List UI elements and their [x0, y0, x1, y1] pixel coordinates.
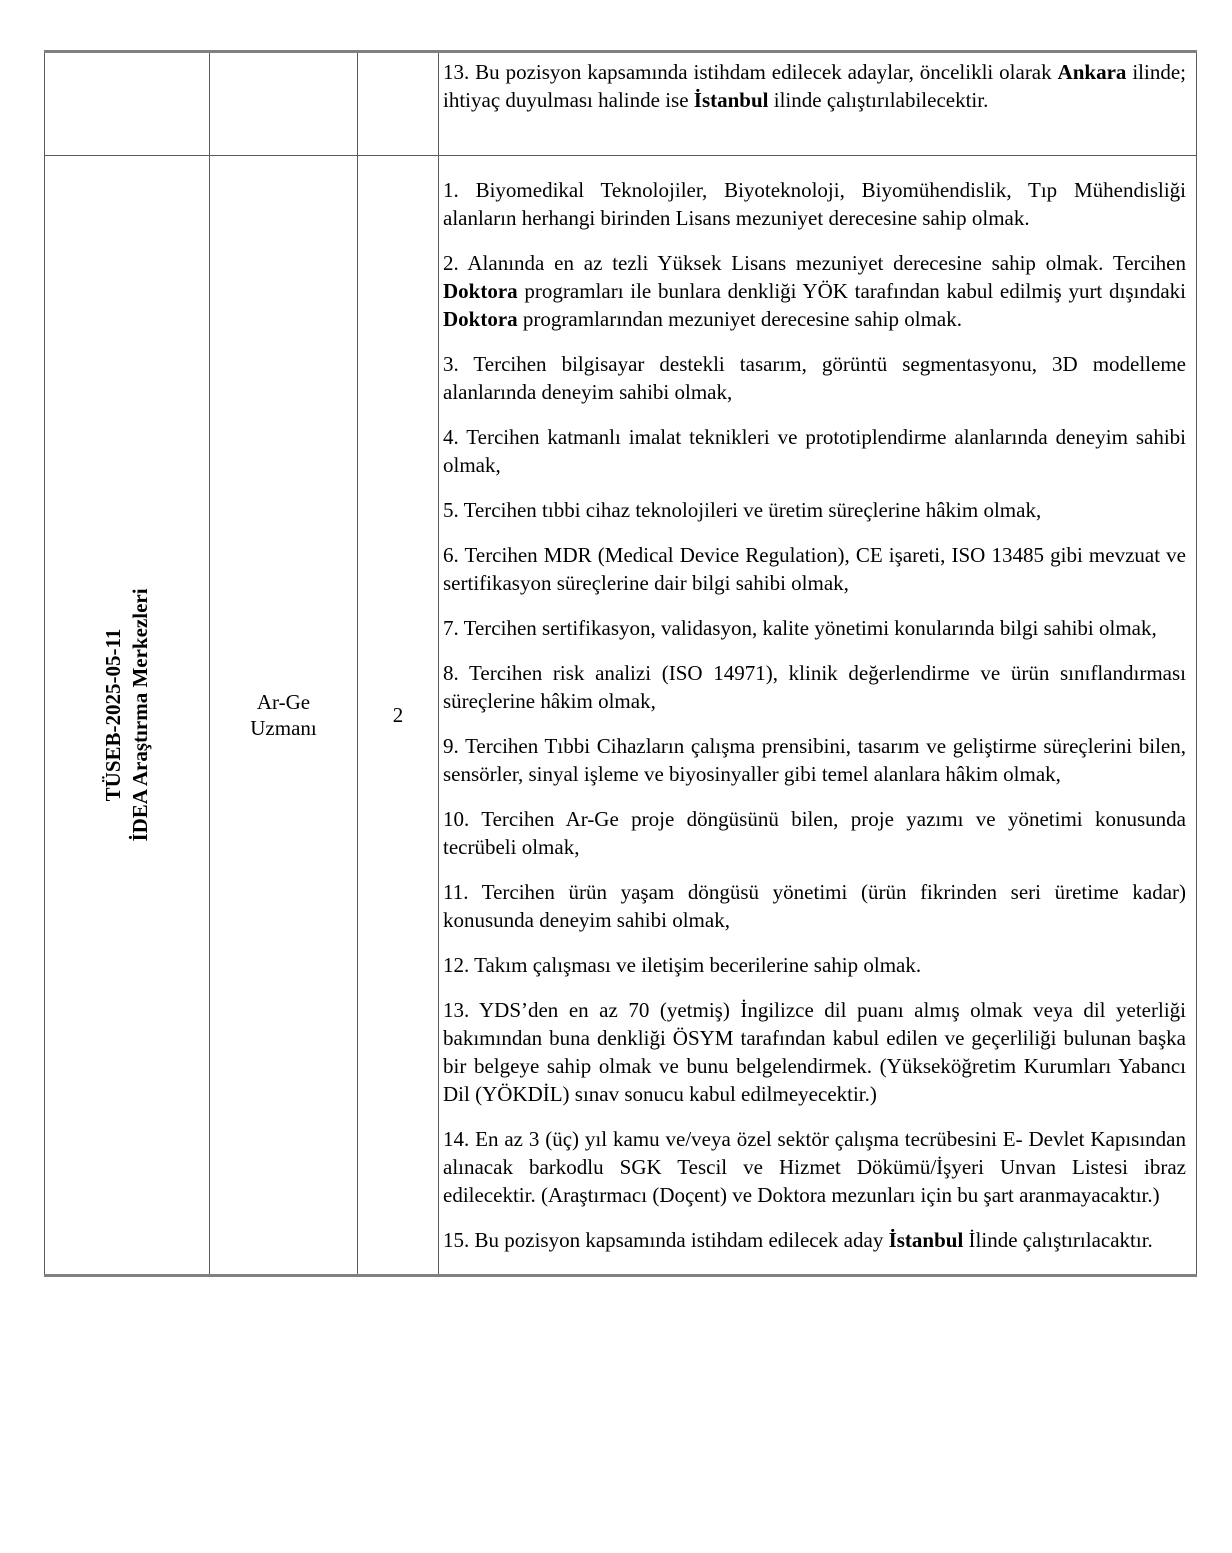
requirement-item: 2. Alanında en az tezli Yüksek Lisans me… — [443, 249, 1186, 333]
requirement-text: ilinde çalıştırılabilecektir. — [769, 88, 989, 112]
code-cell-empty — [45, 52, 210, 156]
position-title-line1: Ar-Ge — [210, 689, 357, 715]
requirement-item: 10. Tercihen Ar-Ge proje döngüsünü bilen… — [443, 805, 1186, 861]
table-row: TÜSEB-2025-05-11 İDEA Araştırma Merkezle… — [45, 156, 1197, 1276]
research-center-name: İDEA Araştırma Merkezleri — [127, 588, 154, 841]
requirement-item: 4. Tercihen katmanlı imalat teknikleri v… — [443, 423, 1186, 479]
emphasis-text: Doktora — [443, 279, 518, 303]
requirement-item: 8. Tercihen risk analizi (ISO 14971), kl… — [443, 659, 1186, 715]
requirement-text: 14. En az 3 (üç) yıl kamu ve/veya özel s… — [443, 1127, 1186, 1207]
emphasis-text: Ankara — [1058, 60, 1127, 84]
requirement-item: 13. Bu pozisyon kapsamında istihdam edil… — [443, 58, 1186, 114]
requirement-item: 15. Bu pozisyon kapsamında istihdam edil… — [443, 1226, 1186, 1254]
requirement-text: 2. Alanında en az tezli Yüksek Lisans me… — [443, 251, 1186, 275]
position-cell-empty — [210, 52, 358, 156]
requirement-text: 4. Tercihen katmanlı imalat teknikleri v… — [443, 425, 1186, 477]
requirement-item: 13. YDS’den en az 70 (yetmiş) İngilizce … — [443, 996, 1186, 1108]
requirement-text: 13. YDS’den en az 70 (yetmiş) İngilizce … — [443, 998, 1186, 1106]
requirement-item: 3. Tercihen bilgisayar destekli tasarım,… — [443, 350, 1186, 406]
requirement-text: 6. Tercihen MDR (Medical Device Regulati… — [443, 543, 1186, 595]
position-title-cell: Ar-Ge Uzmanı — [210, 156, 358, 1276]
requirement-item: 7. Tercihen sertifikasyon, validasyon, k… — [443, 614, 1186, 642]
job-requirements-table: 13. Bu pozisyon kapsamında istihdam edil… — [44, 50, 1197, 1277]
position-code-id: TÜSEB-2025-05-11 — [100, 588, 127, 841]
requirement-text: 9. Tercihen Tıbbi Cihazların çalışma pre… — [443, 734, 1186, 786]
requirement-item: 11. Tercihen ürün yaşam döngüsü yönetimi… — [443, 878, 1186, 934]
requirement-item: 9. Tercihen Tıbbi Cihazların çalışma pre… — [443, 732, 1186, 788]
requirement-text: 13. Bu pozisyon kapsamında istihdam edil… — [443, 60, 1058, 84]
position-code: TÜSEB-2025-05-11 İDEA Araştırma Merkezle… — [100, 588, 154, 841]
requirement-item: 6. Tercihen MDR (Medical Device Regulati… — [443, 541, 1186, 597]
position-count: 2 — [393, 703, 404, 727]
requirements-cell: 1. Biyomedikal Teknolojiler, Biyoteknolo… — [439, 156, 1197, 1276]
position-title-line2: Uzmanı — [210, 715, 357, 741]
requirement-text: İlinde çalıştırılacaktır. — [963, 1228, 1153, 1252]
requirement-item: 14. En az 3 (üç) yıl kamu ve/veya özel s… — [443, 1125, 1186, 1209]
position-count-cell: 2 — [358, 156, 439, 1276]
requirement-item: 5. Tercihen tıbbi cihaz teknolojileri ve… — [443, 496, 1186, 524]
emphasis-text: İstanbul — [694, 88, 769, 112]
requirement-text: programlarından mezuniyet derecesine sah… — [518, 307, 962, 331]
requirement-text: programları ile bunlara denkliği YÖK tar… — [518, 279, 1186, 303]
table-row: 13. Bu pozisyon kapsamında istihdam edil… — [45, 52, 1197, 156]
requirements-list: 13. Bu pozisyon kapsamında istihdam edil… — [439, 53, 1196, 134]
requirement-text: 1. Biyomedikal Teknolojiler, Biyoteknolo… — [443, 178, 1186, 230]
emphasis-text: Doktora — [443, 307, 518, 331]
requirement-item: 12. Takım çalışması ve iletişim becerile… — [443, 951, 1186, 979]
requirement-text: 7. Tercihen sertifikasyon, validasyon, k… — [443, 616, 1157, 640]
requirement-text: 5. Tercihen tıbbi cihaz teknolojileri ve… — [443, 498, 1041, 522]
position-code-cell: TÜSEB-2025-05-11 İDEA Araştırma Merkezle… — [45, 156, 210, 1276]
requirement-text: 12. Takım çalışması ve iletişim becerile… — [443, 953, 921, 977]
requirement-text: 11. Tercihen ürün yaşam döngüsü yönetimi… — [443, 880, 1186, 932]
requirement-text: 8. Tercihen risk analizi (ISO 14971), kl… — [443, 661, 1186, 713]
requirement-text: 10. Tercihen Ar-Ge proje döngüsünü bilen… — [443, 807, 1186, 859]
requirements-list: 1. Biyomedikal Teknolojiler, Biyoteknolo… — [439, 156, 1196, 1274]
count-cell-empty — [358, 52, 439, 156]
emphasis-text: İstanbul — [889, 1228, 964, 1252]
requirement-item: 1. Biyomedikal Teknolojiler, Biyoteknolo… — [443, 176, 1186, 232]
requirement-text: 15. Bu pozisyon kapsamında istihdam edil… — [443, 1228, 889, 1252]
requirements-cell: 13. Bu pozisyon kapsamında istihdam edil… — [439, 52, 1197, 156]
requirement-text: 3. Tercihen bilgisayar destekli tasarım,… — [443, 352, 1186, 404]
